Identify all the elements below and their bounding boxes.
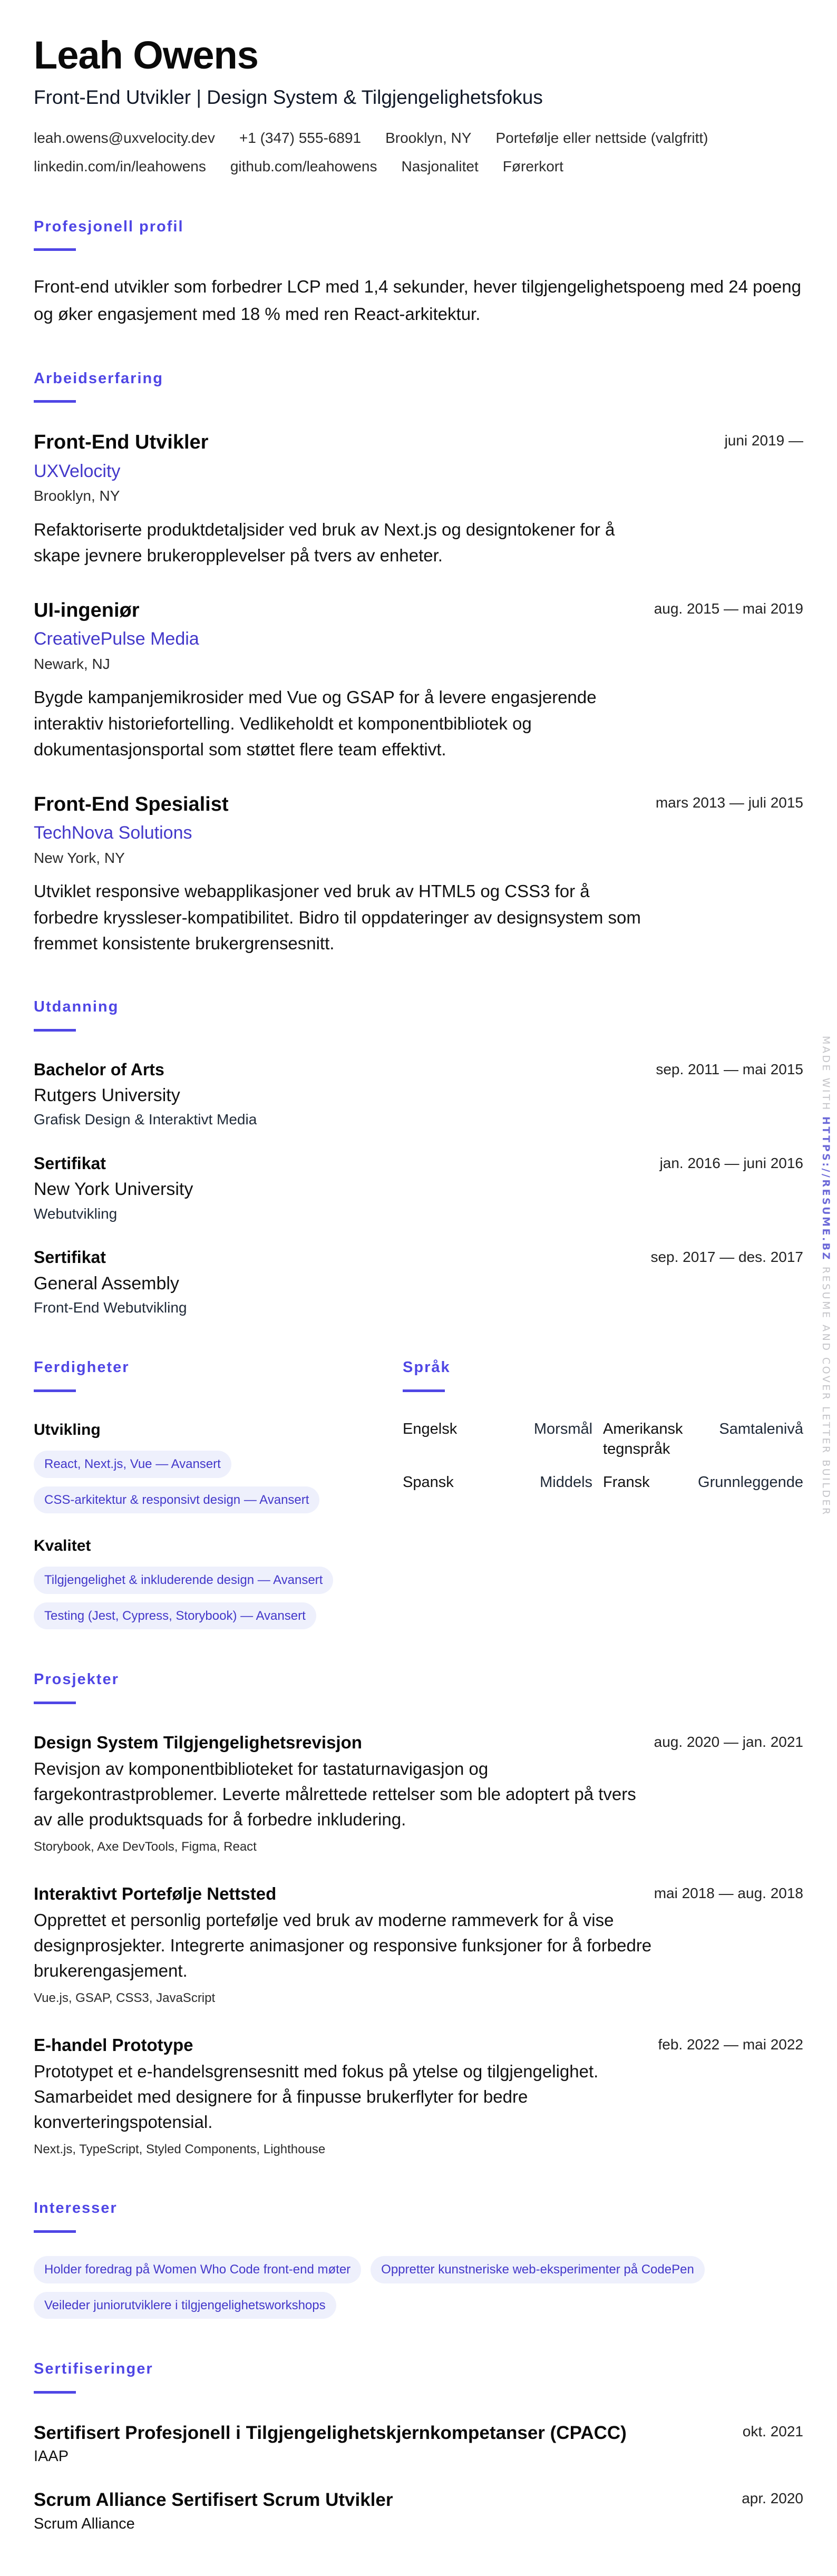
- section-title: Ferdigheter: [34, 1358, 403, 1377]
- contact-linkedin[interactable]: linkedin.com/in/leahowens: [34, 157, 206, 176]
- skill-group-title: Utvikling: [34, 1420, 403, 1440]
- contact-portfolio[interactable]: Portefølje eller nettside (valgfritt): [495, 129, 708, 148]
- profile-section: Profesjonell profil Front-end utvikler s…: [34, 218, 803, 328]
- watermark-suffix: RESUME AND COVER LETTER BUILDER: [820, 1267, 832, 1517]
- skills-languages-row: Ferdigheter Utvikling React, Next.js, Vu…: [34, 1358, 803, 1629]
- section-divider: [34, 2391, 76, 2394]
- job-dates: juni 2019 —: [725, 430, 803, 449]
- projects-section: Prosjekter Design System Tilgjengelighet…: [34, 1670, 803, 2158]
- project-dates: feb. 2022 — mai 2022: [658, 2034, 803, 2053]
- contact-location: Brooklyn, NY: [385, 129, 471, 148]
- project-description: Opprettet et personlig portefølje ved br…: [34, 1908, 654, 1984]
- interest-chips: Holder foredrag på Women Who Code front-…: [34, 2256, 803, 2319]
- section-title: Utdanning: [34, 998, 803, 1016]
- certification-issuer: Scrum Alliance: [34, 2514, 656, 2534]
- project-tech: Next.js, TypeScript, Styled Components, …: [34, 2141, 656, 2159]
- experience-entry: UI-ingeniør CreativePulse Media Newark, …: [34, 598, 803, 763]
- language-level: Middels: [513, 1473, 592, 1493]
- job-description: Refaktoriserte produktdetaljsider ved br…: [34, 517, 656, 569]
- certifications-section: Sertifiseringer Sertifisert Profesjonell…: [34, 2360, 803, 2534]
- project-entry: E-handel Prototype Prototypet et e-hande…: [34, 2034, 803, 2158]
- job-description: Bygde kampanjemikrosider med Vue og GSAP…: [34, 684, 654, 763]
- language-level: Samtalenivå: [698, 1420, 803, 1459]
- section-title: Språk: [403, 1358, 803, 1377]
- school: Rutgers University: [34, 1084, 656, 1107]
- watermark-prefix: MADE WITH: [820, 1036, 832, 1112]
- education-dates: jan. 2016 — juni 2016: [660, 1153, 803, 1172]
- candidate-name: Leah Owens: [34, 34, 803, 76]
- certification-name: Sertifisert Profesjonell i Tilgjengeligh…: [34, 2421, 656, 2445]
- project-tech: Storybook, Axe DevTools, Figma, React: [34, 1838, 654, 1856]
- contact-github[interactable]: github.com/leahowens: [230, 157, 377, 176]
- job-title: UI-ingeniør: [34, 598, 654, 624]
- language-level: Morsmål: [513, 1420, 592, 1459]
- language-name: Spansk: [403, 1473, 503, 1493]
- projects-list: Design System Tilgjengelighetsrevisjon R…: [34, 1732, 803, 2158]
- skill-chips: Tilgjengelighet & inkluderende design — …: [34, 1567, 403, 1629]
- experience-list: Front-End Utvikler UXVelocity Brooklyn, …: [34, 430, 803, 956]
- section-title: Interesser: [34, 2199, 803, 2218]
- company-name: CreativePulse Media: [34, 627, 654, 650]
- company-name: TechNova Solutions: [34, 821, 656, 844]
- job-title: Front-End Spesialist: [34, 792, 656, 818]
- job-location: Newark, NJ: [34, 654, 654, 674]
- project-tech: Vue.js, GSAP, CSS3, JavaScript: [34, 1989, 654, 2007]
- languages-grid: Engelsk Morsmål Amerikansk tegnspråk Sam…: [403, 1420, 803, 1493]
- certifications-list: Sertifisert Profesjonell i Tilgjengeligh…: [34, 2421, 803, 2534]
- degree: Sertifikat: [34, 1247, 650, 1269]
- skill-chips: React, Next.js, Vue — Avansert CSS-arkit…: [34, 1451, 403, 1513]
- education-entry: Sertifikat New York University Webutvikl…: [34, 1153, 803, 1223]
- resume-page: Leah Owens Front-End Utvikler | Design S…: [0, 0, 837, 2576]
- contact-list: leah.owens@uxvelocity.dev +1 (347) 555-6…: [34, 129, 803, 177]
- degree: Bachelor of Arts: [34, 1059, 656, 1081]
- section-title: Profesjonell profil: [34, 218, 803, 236]
- skill-chip: CSS-arkitektur & responsivt design — Ava…: [34, 1486, 319, 1514]
- skill-group: Kvalitet Tilgjengelighet & inkluderende …: [34, 1535, 403, 1629]
- interest-chip: Holder foredrag på Women Who Code front-…: [34, 2256, 361, 2283]
- project-description: Prototypet et e-handelsgrensesnitt med f…: [34, 2059, 656, 2135]
- section-divider: [34, 400, 76, 403]
- field-of-study: Grafisk Design & Interaktivt Media: [34, 1110, 656, 1129]
- job-dates: aug. 2015 — mai 2019: [654, 598, 803, 617]
- skills-section: Ferdigheter Utvikling React, Next.js, Vu…: [34, 1358, 403, 1629]
- job-title: Front-End Utvikler: [34, 430, 656, 455]
- job-location: New York, NY: [34, 848, 656, 868]
- skill-group-title: Kvalitet: [34, 1535, 403, 1556]
- certification-issuer: IAAP: [34, 2447, 656, 2467]
- field-of-study: Front-End Webutvikling: [34, 1298, 650, 1317]
- project-dates: aug. 2020 — jan. 2021: [654, 1732, 803, 1751]
- skill-chip: React, Next.js, Vue — Avansert: [34, 1451, 231, 1478]
- education-list: Bachelor of Arts Rutgers University Graf…: [34, 1059, 803, 1318]
- section-title: Sertifiseringer: [34, 2360, 803, 2378]
- project-dates: mai 2018 — aug. 2018: [654, 1883, 803, 1902]
- company-name: UXVelocity: [34, 460, 656, 483]
- interests-section: Interesser Holder foredrag på Women Who …: [34, 2199, 803, 2319]
- project-name: Design System Tilgjengelighetsrevisjon: [34, 1732, 654, 1754]
- education-entry: Sertifikat General Assembly Front-End We…: [34, 1247, 803, 1317]
- job-description: Utviklet responsive webapplikasjoner ved…: [34, 878, 656, 957]
- job-dates: mars 2013 — juli 2015: [656, 792, 803, 811]
- section-title: Arbeidserfaring: [34, 370, 803, 388]
- section-divider: [34, 2230, 76, 2233]
- section-divider: [34, 1702, 76, 1704]
- project-name: E-handel Prototype: [34, 2034, 656, 2057]
- contact-nationality: Nasjonalitet: [401, 157, 478, 176]
- interest-chip: Veileder juniorutviklere i tilgjengeligh…: [34, 2292, 336, 2319]
- field-of-study: Webutvikling: [34, 1204, 656, 1223]
- section-divider: [34, 1389, 76, 1392]
- skill-chip: Testing (Jest, Cypress, Storybook) — Ava…: [34, 1602, 316, 1630]
- section-divider: [34, 1029, 76, 1032]
- watermark: MADE WITH HTTPS://RESUME.BZ RESUME AND C…: [820, 1036, 832, 1517]
- resume-header: Leah Owens Front-End Utvikler | Design S…: [34, 34, 803, 177]
- experience-entry: Front-End Utvikler UXVelocity Brooklyn, …: [34, 430, 803, 568]
- education-entry: Bachelor of Arts Rutgers University Graf…: [34, 1059, 803, 1130]
- watermark-link[interactable]: HTTPS://RESUME.BZ: [820, 1116, 832, 1261]
- project-description: Revisjon av komponentbiblioteket for tas…: [34, 1756, 654, 1833]
- language-name: Fransk: [603, 1473, 687, 1493]
- skills-groups: Utvikling React, Next.js, Vue — Avansert…: [34, 1420, 403, 1629]
- skill-chip: Tilgjengelighet & inkluderende design — …: [34, 1567, 333, 1594]
- project-name: Interaktivt Portefølje Nettsted: [34, 1883, 654, 1906]
- experience-entry: Front-End Spesialist TechNova Solutions …: [34, 792, 803, 957]
- certification-date: apr. 2020: [742, 2488, 803, 2507]
- section-divider: [403, 1389, 445, 1392]
- education-dates: sep. 2011 — mai 2015: [656, 1059, 803, 1078]
- degree: Sertifikat: [34, 1153, 656, 1175]
- school: New York University: [34, 1178, 656, 1201]
- contact-drivers-license: Førerkort: [503, 157, 563, 176]
- profile-summary: Front-end utvikler som forbedrer LCP med…: [34, 273, 803, 328]
- project-entry: Interaktivt Portefølje Nettsted Opprette…: [34, 1883, 803, 2007]
- skill-group: Utvikling React, Next.js, Vue — Avansert…: [34, 1420, 403, 1513]
- contact-email[interactable]: leah.owens@uxvelocity.dev: [34, 129, 215, 148]
- experience-section: Arbeidserfaring Front-End Utvikler UXVel…: [34, 370, 803, 957]
- candidate-headline: Front-End Utvikler | Design System & Til…: [34, 86, 803, 109]
- interest-chip: Oppretter kunstneriske web-eksperimenter…: [371, 2256, 705, 2283]
- language-name: Amerikansk tegnspråk: [603, 1420, 687, 1459]
- languages-section: Språk Engelsk Morsmål Amerikansk tegnspr…: [403, 1358, 803, 1629]
- certification-entry: Scrum Alliance Sertifisert Scrum Utvikle…: [34, 2488, 803, 2534]
- certification-name: Scrum Alliance Sertifisert Scrum Utvikle…: [34, 2488, 656, 2512]
- education-dates: sep. 2017 — des. 2017: [650, 1247, 803, 1266]
- project-entry: Design System Tilgjengelighetsrevisjon R…: [34, 1732, 803, 1855]
- certification-date: okt. 2021: [743, 2421, 803, 2440]
- education-section: Utdanning Bachelor of Arts Rutgers Unive…: [34, 998, 803, 1317]
- section-divider: [34, 248, 76, 251]
- certification-entry: Sertifisert Profesjonell i Tilgjengeligh…: [34, 2421, 803, 2467]
- section-title: Prosjekter: [34, 1670, 803, 1689]
- language-level: Grunnleggende: [698, 1473, 803, 1493]
- school: General Assembly: [34, 1272, 650, 1295]
- language-name: Engelsk: [403, 1420, 503, 1459]
- contact-phone[interactable]: +1 (347) 555-6891: [239, 129, 361, 148]
- job-location: Brooklyn, NY: [34, 486, 656, 506]
